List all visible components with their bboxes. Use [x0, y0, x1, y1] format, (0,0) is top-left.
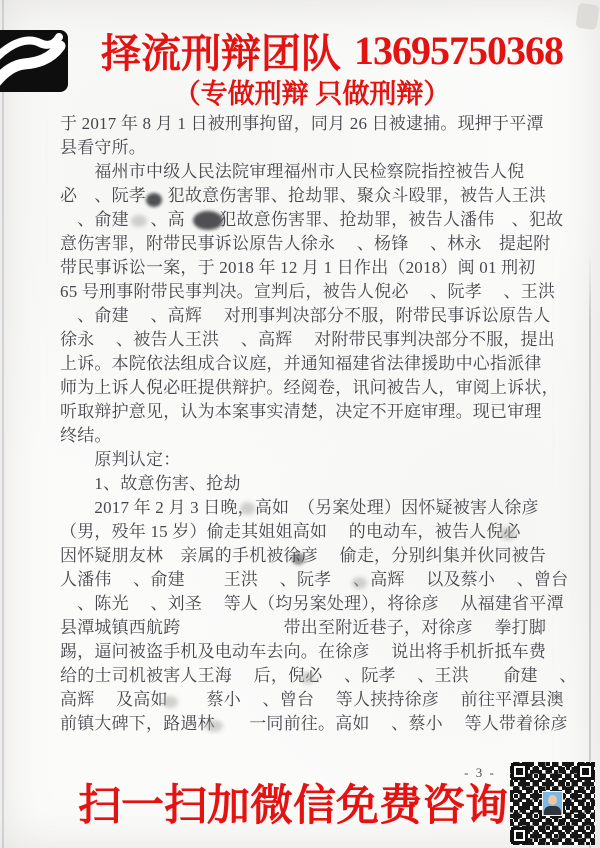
doc-line: 1、故意伤害、抢劫 — [60, 472, 584, 496]
avatar-shoulders — [544, 806, 561, 815]
doc-line: 县看守所。 — [60, 136, 584, 160]
team-name: 择流刑辩团队 — [101, 22, 341, 79]
doc-line: 前镇大碑下，路遇林 一同前往。高如 、蔡小 等人带着徐彦 — [60, 712, 584, 736]
doc-line: 徐永 、被告人王洪 、高辉 对附带民事判决部分不服，提出 — [60, 328, 584, 352]
qr-center-avatar — [542, 791, 563, 816]
redaction-smudge — [292, 553, 305, 565]
doc-line: 、俞建 、高辉 对刑事判决部分不服，附带民事诉讼原告人 — [60, 304, 584, 328]
phone-number: 13695750368 — [354, 27, 563, 74]
doc-line: 县潭城镇西航跨 带出至附近巷子，对徐彦 拳打脚 — [60, 616, 584, 640]
redaction-smudge — [205, 720, 223, 732]
scanned-judgment-page: 择流刑辩团队 13695750368 （专做刑辩 只做刑辩） 于 2017 年 … — [0, 0, 600, 848]
doc-line: 给的士司机被害人王海 后，倪必 、阮孝 、王洪 俞建 、 — [60, 664, 584, 688]
doc-line: 带民事诉讼一案，于 2018 年 12 月 1 日作出（2018）闽 01 刑初 — [60, 256, 584, 280]
page-number: - 3 - — [448, 765, 512, 781]
doc-line: 师为上诉人倪必旺提供辩护。经阅卷，讯问被告人，审阅上诉状， — [60, 376, 584, 400]
header-subtitle: （专做刑辩 只做刑辩） — [72, 72, 552, 111]
redaction-smudge — [131, 215, 147, 227]
doc-line: 踢，逼问被盗手机及电动车去向。在徐彦 说出将手机折抵车费 — [60, 640, 584, 664]
redaction-smudge — [162, 696, 178, 708]
qr-finder-icon — [511, 763, 528, 780]
redaction-smudge — [500, 527, 516, 540]
wechat-qr-code — [510, 762, 595, 845]
doc-line: 于 2017 年 8 月 1 日被刑事拘留，同月 26 日被逮捕。现押于平潭 — [60, 112, 584, 136]
redaction-smudge — [240, 502, 255, 515]
doc-line: 上诉。本院依法组成合议庭，并通知福建省法律援助中心指派律 — [60, 352, 584, 376]
qr-finder-icon — [511, 827, 528, 844]
doc-line: 、陈光 、刘圣 等人（均另案处理），将徐彦 从福建省平潭 — [60, 592, 584, 616]
doc-line: 高辉 及高如 蔡小 、曾台 等人挟持徐彦 前往平潭县澳 — [60, 688, 584, 712]
doc-line: 意伤害罪，附带民事诉讼原告人徐永 、杨锋 、林永 提起附 — [60, 232, 584, 256]
redaction-smudge — [352, 577, 367, 589]
doc-line: 福州市中级人民法院审理福州市人民检察院指控被告人倪 — [60, 160, 584, 184]
qr-finder-icon — [577, 763, 594, 780]
header-title: 择流刑辩团队 13695750368 — [72, 26, 592, 74]
law-firm-logo — [0, 30, 68, 92]
redaction-smudge — [193, 211, 223, 230]
wechat-banner-text: 扫一扫加微信免费咨询 — [78, 772, 514, 833]
doc-line: 人潘伟 、俞建 王洪 、阮孝 、高辉 以及蔡小 、曾台 — [60, 568, 584, 592]
redaction-smudge — [146, 193, 162, 207]
judgment-text-block: 于 2017 年 8 月 1 日被刑事拘留，同月 26 日被逮捕。现押于平潭 县… — [60, 112, 584, 736]
doc-line: 终结。 — [60, 424, 584, 448]
avatar-face — [548, 795, 557, 805]
paper-edge-line — [589, 252, 591, 848]
doc-line: 必 、阮孝 犯故意伤害罪、抢劫罪、聚众斗殴罪，被告人王洪 — [60, 184, 584, 208]
doc-line: 听取辩护意见，认为本案事实清楚，决定不开庭审理。现已审理 — [60, 400, 584, 424]
doc-line: 65 号刑事附带民事判决。宣判后，被告人倪必 、阮孝 、王洪 — [60, 280, 584, 304]
doc-line: 2017 年 2 月 3 日晚，高如 （另案处理）因怀疑被害人徐彦 — [60, 496, 584, 520]
scan-edge-artifact — [2, 0, 4, 848]
redaction-smudge — [300, 672, 315, 684]
doc-line: 因怀疑朋友林 亲属的手机被徐彦 偷走，分别纠集并伙同被告 — [60, 544, 584, 568]
river-swoosh-icon — [0, 30, 68, 92]
doc-line: 原判认定： — [60, 448, 584, 472]
